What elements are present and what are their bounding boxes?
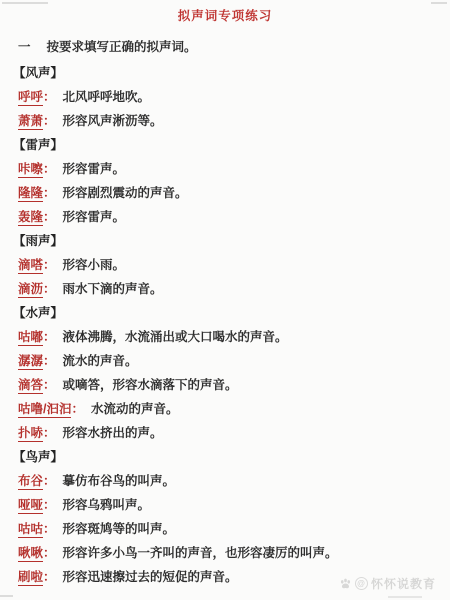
scan-artifact-bottom-right [388,596,422,598]
term: 滴答 [18,378,43,394]
definition-row: 滴答：或嘀答，形容水滴落下的声音。 [18,378,450,402]
term-description: 形容水挤出的声。 [63,426,163,440]
section-header: 【鸟声】 [13,450,450,474]
scan-artifact-top-left [2,2,48,4]
term-description: 形容剧烈震动的声音。 [63,186,188,200]
section-header: 【雨声】 [13,234,450,258]
definition-row: 咕噜/汩汩：水流动的声音。 [18,402,450,426]
scan-artifact-top-right [431,2,447,4]
definition-row: 布谷：摹仿布谷鸟的叫声。 [18,474,450,498]
term: 滴沥 [18,282,43,298]
colon: ： [43,474,56,488]
colon: ： [43,114,56,128]
page-title: 拟声词专项练习 [0,0,450,24]
term-description: 形容小雨。 [63,258,126,272]
colon: ： [71,402,84,416]
paw-icon [339,577,352,590]
term-description: 或嘀答，形容水滴落下的声音。 [63,378,238,392]
colon: ： [43,186,56,200]
term-description: 形容许多小鸟一齐叫的声音，也形容凄厉的叫声。 [63,546,338,560]
colon: ： [43,570,56,584]
colon: ： [43,162,56,176]
term: 布谷 [18,474,43,490]
definition-row: 哑哑：形容乌鸦叫声。 [18,498,450,522]
watermark: @ 怀怀说教育 [339,575,436,592]
term: 呼呼 [18,90,43,106]
term: 哑哑 [18,498,43,514]
term: 啾啾 [18,546,43,562]
term-description: 流水的声音。 [63,354,138,368]
term: 轰隆 [18,210,43,226]
colon: ： [43,210,56,224]
term-description: 形容斑鸠等的叫声。 [63,522,176,536]
term-description: 摹仿布谷鸟的叫声。 [63,474,176,488]
colon: ： [43,354,56,368]
colon: ： [43,330,56,344]
definition-row: 咕咕：形容斑鸠等的叫声。 [18,522,450,546]
term: 潺潺 [18,354,43,370]
term: 隆隆 [18,186,43,202]
definition-row: 滴嗒：形容小雨。 [18,258,450,282]
colon: ： [43,522,56,536]
term: 咕嘟 [18,330,43,346]
section-header: 【水声】 [13,306,450,330]
term: 刷啦 [18,570,43,586]
definition-row: 隆隆：形容剧烈震动的声音。 [18,186,450,210]
section-header: 【风声】 [13,66,450,90]
scan-artifact-bottom-left [0,595,13,597]
colon: ： [43,282,56,296]
colon: ： [43,498,56,512]
term-description: 形容乌鸦叫声。 [63,498,151,512]
at-icon: @ [355,577,368,590]
term-description: 雨水下滴的声音。 [63,282,163,296]
definition-row: 萧萧：形容风声淅沥等。 [18,114,450,138]
term-description: 液体沸腾，水流涌出或大口喝水的声音。 [63,330,288,344]
colon: ： [43,258,56,272]
term: 咕咕 [18,522,43,538]
term-description: 形容迅速擦过去的短促的声音。 [63,570,238,584]
section-header: 【雷声】 [13,138,450,162]
instruction-line: 一按要求填写正确的拟声词。 [18,40,450,64]
term-description: 形容雷声。 [63,162,126,176]
term: 滴嗒 [18,258,43,274]
term-description: 水流动的声音。 [91,402,179,416]
definition-row: 啾啾：形容许多小鸟一齐叫的声音，也形容凄厉的叫声。 [18,546,450,570]
term: 咕噜/汩汩 [18,402,71,418]
definition-row: 咔嚓：形容雷声。 [18,162,450,186]
worksheet-page: 拟声词专项练习 一按要求填写正确的拟声词。 【风声】呼呼：北风呼呼地吹。萧萧：形… [0,0,450,600]
definition-row: 咕嘟：液体沸腾，水流涌出或大口喝水的声音。 [18,330,450,354]
colon: ： [43,378,56,392]
term: 扑哧 [18,426,43,442]
term: 咔嚓 [18,162,43,178]
definition-row: 潺潺：流水的声音。 [18,354,450,378]
definition-row: 滴沥：雨水下滴的声音。 [18,282,450,306]
watermark-text: 怀怀说教育 [371,575,436,592]
term-description: 北风呼呼地吹。 [63,90,151,104]
colon: ： [43,90,56,104]
instruction-text: 按要求填写正确的拟声词。 [47,40,197,54]
colon: ： [43,426,56,440]
definition-row: 轰隆：形容雷声。 [18,210,450,234]
instruction-number: 一 [18,40,31,54]
term-description: 形容雷声。 [63,210,126,224]
definition-row: 扑哧：形容水挤出的声。 [18,426,450,450]
definitions-list: 【风声】呼呼：北风呼呼地吹。萧萧：形容风声淅沥等。【雷声】咔嚓：形容雷声。隆隆：… [0,66,450,594]
colon: ： [43,546,56,560]
term-description: 形容风声淅沥等。 [63,114,163,128]
definition-row: 呼呼：北风呼呼地吹。 [18,90,450,114]
term: 萧萧 [18,114,43,130]
